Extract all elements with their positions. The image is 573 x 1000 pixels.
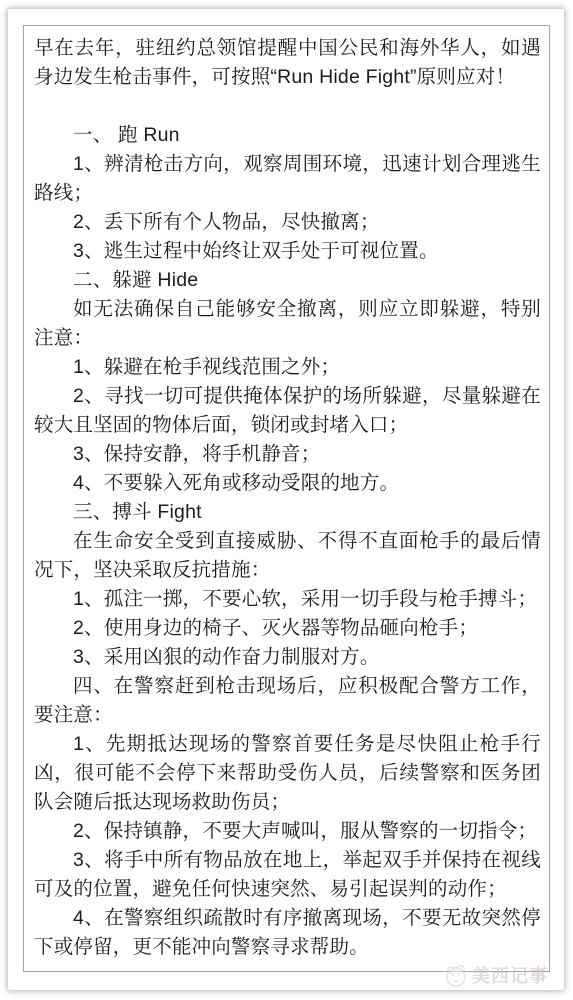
document-page: 早在去年，驻纽约总领馆提醒中国公民和海外华人，如遇身边发生枪击事件，可按照“Ru… [8, 9, 564, 990]
paragraph: 4、在警察组织疏散时有序撤离现场，不要无故突然停下或停留，更不能冲向警察寻求帮助… [34, 904, 541, 962]
paragraph: 3、将手中所有物品放在地上，举起双手并保持在视线可及的位置，避免任何快速突然、易… [34, 846, 541, 904]
paragraph: 如无法确保自己能够安全撤离，则应立即躲避，特别注意： [34, 295, 541, 353]
paragraph: 四、在警察赶到枪击现场后，应积极配合警方工作，要注意： [34, 672, 541, 730]
paragraph: 三、搏斗 Fight [34, 498, 541, 527]
paragraph: 4、不要躲入死角或移动受限的地方。 [34, 469, 541, 498]
paragraph: 1、辨清枪击方向，观察周围环境，迅速计划合理逃生路线； [34, 150, 541, 208]
mascot-face-icon [444, 962, 470, 988]
paragraph: 3、保持安静，将手机静音； [34, 440, 541, 469]
paragraph: 1、孤注一掷，不要心软，采用一切手段与枪手搏斗； [34, 585, 541, 614]
paragraph: 一、 跑 Run [34, 121, 541, 150]
paragraph: 在生命安全受到直接威胁、不得不直面枪手的最后情况下，坚决采取反抗措施： [34, 527, 541, 585]
paragraph: 2、寻找一切可提供掩体保护的场所躲避，尽量躲避在较大且坚固的物体后面，锁闭或封堵… [34, 382, 541, 440]
paragraph: 1、躲避在枪手视线范围之外； [34, 353, 541, 382]
paragraph: 3、采用凶狠的动作奋力制服对方。 [34, 643, 541, 672]
paragraph: 1、先期抵达现场的警察首要任务是尽快阻止枪手行凶，很可能不会停下来帮助受伤人员，… [34, 730, 541, 817]
paragraph: 2、使用身边的椅子、灭火器等物品砸向枪手； [34, 614, 541, 643]
paragraph: 3、逃生过程中始终让双手处于可视位置。 [34, 237, 541, 266]
publisher-watermark-text: 美西记事 [472, 962, 548, 988]
paragraph: 2、保持镇静，不要大声喊叫，服从警察的一切指令； [34, 817, 541, 846]
paragraph: 二、躲避 Hide [34, 266, 541, 295]
article-body: 早在去年，驻纽约总领馆提醒中国公民和海外华人，如遇身边发生枪击事件，可按照“Ru… [34, 34, 541, 970]
publisher-watermark: 美西记事 [444, 962, 548, 988]
paragraph: 2、丢下所有个人物品，尽快撤离； [34, 208, 541, 237]
paragraph: 早在去年，驻纽约总领馆提醒中国公民和海外华人，如遇身边发生枪击事件，可按照“Ru… [34, 34, 541, 92]
